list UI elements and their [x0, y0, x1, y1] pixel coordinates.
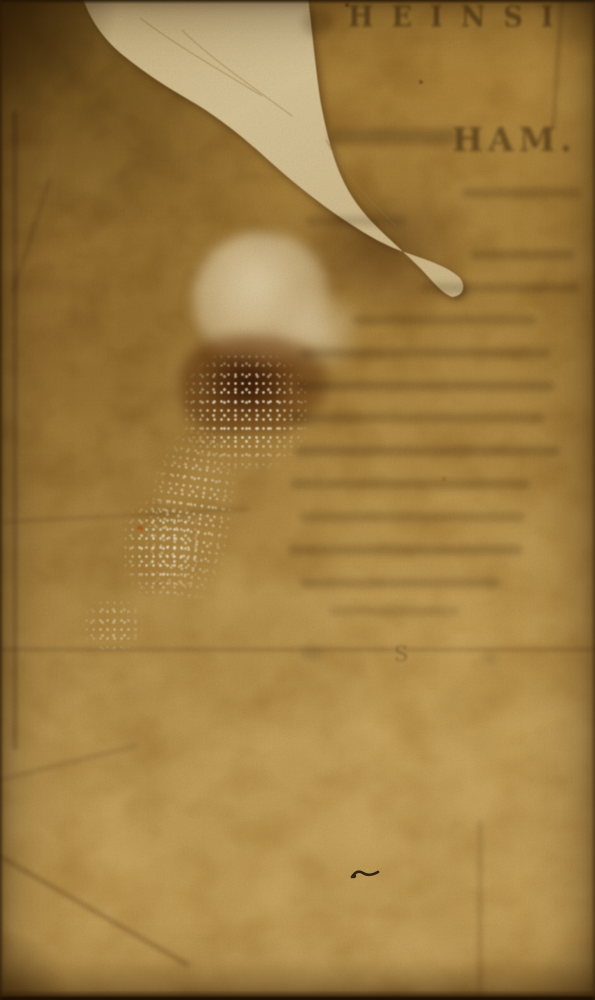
crease-line	[0, 648, 595, 651]
crease-line	[478, 820, 482, 1000]
vellum-book-cover-scan: HEINSI HAM. S	[0, 0, 595, 1000]
bleedthrough-text-line	[295, 446, 560, 456]
bleedthrough-text-line	[290, 479, 530, 489]
page-edge-left	[0, 0, 4, 1000]
bleedthrough-title: HEINSI	[348, 1, 572, 34]
bleedthrough-text-line	[352, 315, 537, 325]
bleedthrough-text-line	[290, 413, 545, 423]
dark-fleck	[350, 866, 382, 882]
rust-speck	[137, 526, 143, 531]
speckle-patch	[83, 598, 143, 653]
bleedthrough-text-line	[420, 283, 580, 293]
crease-line	[13, 110, 17, 750]
bleedthrough-mark: S	[394, 642, 408, 666]
bleedthrough-text-line	[295, 381, 555, 391]
rust-speck	[419, 80, 423, 84]
bleedthrough-text-line	[306, 216, 406, 226]
bleedthrough-word-smudge	[482, 652, 498, 663]
bleedthrough-word-smudge	[330, 128, 458, 145]
bleedthrough-text-line	[462, 188, 582, 198]
bleedthrough-text-line	[300, 348, 550, 358]
bleedthrough-word-smudge	[300, 646, 324, 660]
bleedthrough-text-line	[330, 606, 460, 616]
page-edge-bottom	[0, 990, 595, 1000]
bleedthrough-text-line	[288, 545, 523, 555]
bleedthrough-text-line	[300, 512, 525, 522]
bleedthrough-name: HAM.	[452, 120, 577, 159]
page-edge-top	[0, 0, 595, 4]
rust-speck	[442, 477, 446, 481]
page-edge-right	[591, 0, 595, 1000]
bleedthrough-text-line	[470, 250, 575, 260]
bleedthrough-letter-smudge	[303, 10, 331, 36]
bleedthrough-text-line	[300, 578, 500, 588]
